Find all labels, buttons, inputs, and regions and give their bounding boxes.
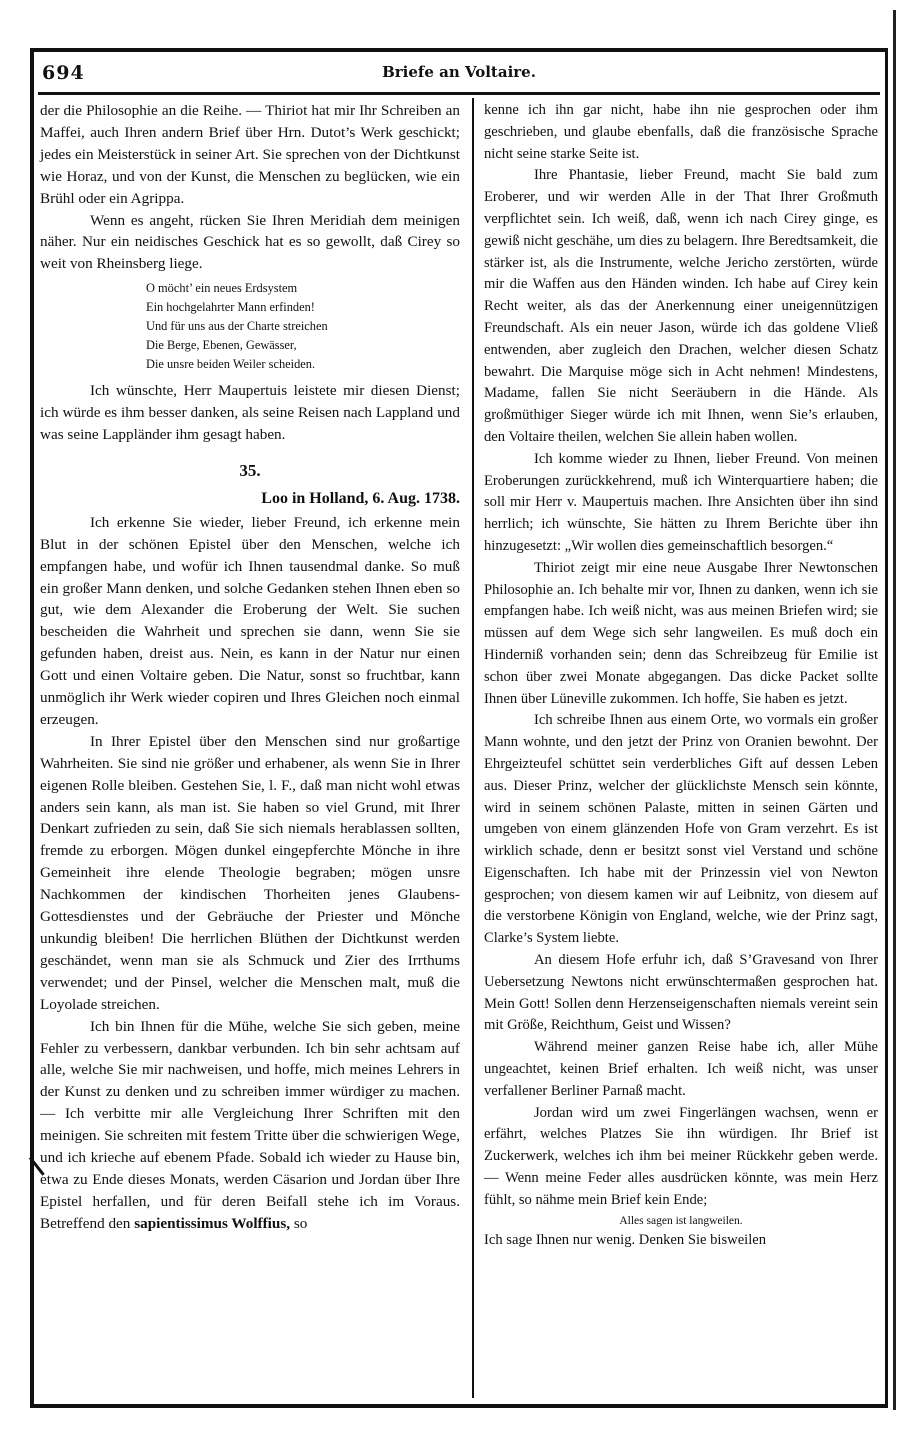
paragraph: Thiriot zeigt mir eine neue Ausgabe Ihre… bbox=[484, 558, 878, 711]
left-column: der die Philosophie an die Reihe. — Thir… bbox=[40, 100, 460, 1235]
paragraph: An diesem Hofe erfuhr ich, daß S’Gravesa… bbox=[484, 950, 878, 1037]
paragraph: Während meiner ganzen Reise habe ich, al… bbox=[484, 1037, 878, 1102]
verse-line: O möcht’ ein neues Erdsystem bbox=[146, 279, 460, 298]
verse-block: O möcht’ ein neues Erdsystem Ein hochgel… bbox=[146, 279, 460, 374]
outer-border-rule bbox=[893, 10, 896, 1410]
paragraph: Ich sage Ihnen nur wenig. Denken Sie bis… bbox=[484, 1230, 878, 1252]
right-column: kenne ich ihn gar nicht, habe ihn nie ge… bbox=[484, 100, 878, 1251]
paragraph: Ich bin Ihnen für die Mühe, welche Sie s… bbox=[40, 1016, 460, 1235]
running-title: Briefe an Voltaire. bbox=[38, 63, 880, 81]
paragraph: In Ihrer Epistel über den Menschen sind … bbox=[40, 731, 460, 1016]
page-header: 694 Briefe an Voltaire. bbox=[38, 54, 880, 90]
paragraph: Jordan wird um zwei Fingerlängen wachsen… bbox=[484, 1103, 878, 1212]
paragraph: Ich erkenne Sie wieder, lieber Freund, i… bbox=[40, 512, 460, 731]
paragraph: Ich schreibe Ihnen aus einem Orte, wo vo… bbox=[484, 710, 878, 950]
verse-line: Und für uns aus der Charte streichen bbox=[146, 317, 460, 336]
column-divider bbox=[472, 98, 474, 1398]
paragraph: kenne ich ihn gar nicht, habe ihn nie ge… bbox=[484, 100, 878, 165]
latin-phrase: sapientissimus Wolffius, bbox=[134, 1215, 290, 1232]
paragraph: Ihre Phantasie, lieber Freund, macht Sie… bbox=[484, 165, 878, 448]
paragraph: Ich komme wieder zu Ihnen, lieber Freund… bbox=[484, 449, 878, 558]
header-rule bbox=[38, 92, 880, 95]
verse-line: Die Berge, Ebenen, Gewässer, bbox=[146, 336, 460, 355]
letter-dateline: Loo in Holland, 6. Aug. 1738. bbox=[40, 488, 460, 510]
paragraph-text: so bbox=[294, 1215, 308, 1232]
verse-line: Die unsre beiden Weiler scheiden. bbox=[146, 355, 460, 374]
motto-line: Alles sagen ist langweilen. bbox=[484, 1212, 878, 1230]
paragraph: der die Philosophie an die Reihe. — Thir… bbox=[40, 100, 460, 210]
paragraph-text: Ich bin Ihnen für die Mühe, welche Sie s… bbox=[40, 1018, 460, 1232]
letter-number: 35. bbox=[40, 460, 460, 482]
paragraph: Ich wünschte, Herr Maupertuis leistete m… bbox=[40, 380, 460, 446]
verse-line: Ein hochgelahrter Mann erfinden! bbox=[146, 298, 460, 317]
paragraph: Wenn es angeht, rücken Sie Ihren Meridia… bbox=[40, 210, 460, 276]
